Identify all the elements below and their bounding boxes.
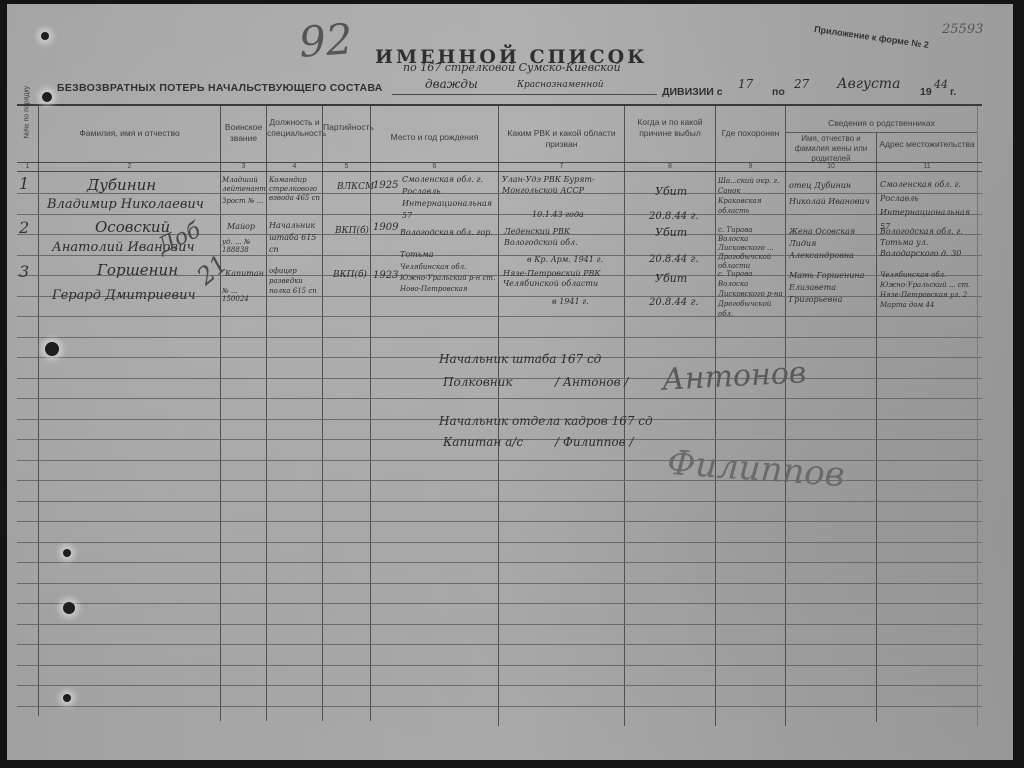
rvk-date: 10.1.43 года: [532, 210, 584, 219]
burial-place: с. Тирава Волоска Лисковского р-на Дрого…: [718, 269, 784, 319]
rank-note: уд. ... № 188838: [222, 238, 265, 254]
year: 44: [934, 78, 948, 91]
row-line: [17, 665, 982, 666]
binding-hole: [63, 694, 71, 702]
year-suffix: г.: [950, 86, 956, 98]
date-out: 20.8.44 г.: [649, 211, 699, 222]
header-birth: Место и год рождения: [371, 132, 498, 143]
party: ВКП(б): [335, 226, 369, 236]
colnum: 1: [17, 163, 38, 170]
colnum-bottom-rule: [17, 171, 982, 172]
pencil-page-number: 92: [297, 14, 354, 67]
header-position: Должность и специальность: [267, 117, 322, 139]
row-line: [17, 398, 982, 399]
colnum: 9: [716, 163, 785, 170]
table-top-rule: [17, 104, 982, 106]
unit-line-2b: Краснознаменной: [517, 80, 604, 90]
row-line: [17, 316, 982, 317]
grid-line: [977, 106, 978, 726]
position: офицер разведки полка 615 сп: [269, 266, 321, 296]
binding-hole: [63, 602, 75, 614]
birth-place: Вологодская обл. гор. Тотьма: [400, 222, 496, 266]
header-rvk: Каким РВК и какой области призван: [499, 128, 624, 150]
grid-line: [266, 106, 267, 721]
burial-place: Ша...ский окр. г. Санок Краковская облас…: [718, 176, 784, 216]
rvk-date: в 1941 г.: [552, 297, 589, 306]
party: ВКП(б): [333, 270, 367, 280]
row-line: [17, 706, 982, 707]
colnum: 4: [267, 163, 322, 170]
binding-hole: [45, 342, 59, 356]
unit-line-2: дважды: [425, 77, 478, 91]
grid-line: [785, 106, 786, 726]
row-number: 2: [19, 218, 29, 237]
row-number: 1: [19, 174, 29, 193]
document-subtitle: БЕЗВОЗВРАТНЫХ ПОТЕРЬ НАЧАЛЬСТВУЮЩЕГО СОС…: [57, 82, 383, 94]
month: Августа: [837, 76, 900, 92]
row-line: [17, 501, 982, 502]
row-line: [17, 603, 982, 604]
position: Командир стрелкового взвода 465 сп: [269, 176, 321, 203]
signature-line-personnel-chief: Начальник отдела кадров 167 сд: [439, 414, 653, 428]
date-out: 20.8.44 г.: [649, 297, 699, 308]
grid-line: [322, 106, 323, 721]
signature-line-chief-of-staff: Начальник штаба 167 сд: [439, 352, 601, 366]
burial-place: с. Тирава Волоска Лисковского ... Дрогоб…: [718, 226, 784, 271]
binding-hole: [41, 32, 49, 40]
signature-name-filippov: / Филиппов /: [555, 435, 633, 449]
division-label: ДИВИЗИИ с: [662, 86, 723, 98]
header-party: Партийность: [323, 122, 370, 133]
header-row-number: №№ по порядку: [22, 117, 33, 139]
header-reason: Когда и по какой причине выбыл: [625, 117, 715, 139]
unit-line-1: по 167 стрелковой Сумско-Киевской: [403, 61, 621, 74]
position: Начальник штаба 615 сп: [269, 220, 321, 256]
rvk: Улан-Удэ РВК Бурят-Монгольской АССР: [502, 174, 622, 196]
row-line: [17, 644, 982, 645]
row-line: [17, 214, 982, 215]
row-line: [17, 583, 982, 584]
colnum: 7: [499, 163, 624, 170]
surname: Горшенин: [97, 261, 178, 279]
row-line: [17, 624, 982, 625]
row-number: 3: [19, 262, 29, 281]
reason: Убит: [655, 185, 687, 198]
signature-name-antonov: / Антонов /: [555, 375, 628, 389]
signature-rank-colonel: Полковник: [443, 375, 513, 389]
header-relative-name: Имя, отчество и фамилия жены или родител…: [786, 134, 876, 164]
party: ВЛКСМ: [337, 182, 374, 192]
rank-note: № ... 150024: [222, 287, 265, 303]
row-line: [17, 337, 982, 338]
reason: Убит: [655, 272, 687, 285]
unit-underline: [392, 94, 657, 95]
birth-place: Челябинская обл. Южно-Уральский р-н ст. …: [400, 262, 496, 295]
birth-place: Смоленская обл. г. Рославль Интернациона…: [402, 174, 497, 222]
colnum: 10: [786, 163, 876, 170]
colnum: 6: [371, 163, 498, 170]
grid-line: [370, 106, 371, 721]
surname: Дубинин: [87, 176, 156, 194]
header-buried: Где похоронен: [716, 128, 785, 139]
date-out: 20.8.44 г.: [649, 254, 699, 265]
binding-hole: [63, 549, 71, 557]
relative: отец Дубинин Николай Иванович: [789, 178, 875, 210]
colnum: 3: [221, 163, 266, 170]
birth-year: 1925: [373, 180, 398, 191]
header-rank: Воинское звание: [221, 122, 266, 144]
form-stamp: Приложение к форме № 2: [814, 24, 930, 50]
header-relatives-group: Сведения о родственниках: [786, 118, 977, 129]
date-to: 27: [794, 77, 809, 91]
handwritten-signature-filippov: Филиппов: [666, 443, 846, 495]
address: Челябинская обл. Южно-Уральский ... ст. …: [880, 270, 976, 310]
colnum: 11: [877, 163, 977, 170]
reason: Убит: [655, 226, 687, 239]
address: Вологодская обл. г. Тотьма ул. Володарск…: [880, 226, 976, 259]
year-prefix: 19: [920, 86, 932, 98]
given-name: Владимир Николаевич: [47, 197, 204, 212]
rank: Младший лейтенант: [222, 176, 265, 194]
birth-year: 1909: [373, 222, 398, 233]
grid-line: [715, 106, 716, 726]
rvk: Нязе-Петровский РВК Челябинской области: [503, 269, 623, 289]
relatives-group-rule: [785, 132, 977, 133]
relative: Жена Осовская Лидия Александровна: [789, 226, 875, 262]
header-full-name: Фамилия, имя и отчество: [39, 128, 220, 139]
colnum: 5: [323, 163, 370, 170]
rank-note: Зрост № ...: [222, 197, 265, 205]
signature-rank-captain: Капитан а/с: [443, 435, 523, 449]
row-line: [17, 685, 982, 686]
row-line: [17, 562, 982, 563]
grid-line: [876, 132, 877, 722]
row-line: [17, 542, 982, 543]
colnum: 2: [39, 163, 220, 170]
archive-number: 25593: [942, 22, 983, 37]
rank: Майор: [227, 222, 255, 231]
date-to-label: по: [772, 86, 785, 98]
document-page: 92 Приложение к форме № 2 25593 ИМЕННОЙ …: [7, 4, 1013, 760]
relative: Мать Горшенина Елизавета Григорьевна: [789, 270, 875, 306]
rvk: Леденский РВК Вологодской обл.: [504, 226, 622, 248]
rvk-date: в Кр. Арм. 1941 г.: [527, 255, 603, 264]
date-from: 17: [738, 77, 753, 91]
row-line: [17, 521, 982, 522]
grid-line: [220, 106, 221, 721]
birth-year: 1923: [373, 270, 398, 281]
given-name: Герард Дмитриевич: [52, 288, 196, 303]
binding-hole: [42, 92, 52, 102]
header-address: Адрес местожительства: [877, 139, 977, 150]
colnum: 8: [625, 163, 715, 170]
